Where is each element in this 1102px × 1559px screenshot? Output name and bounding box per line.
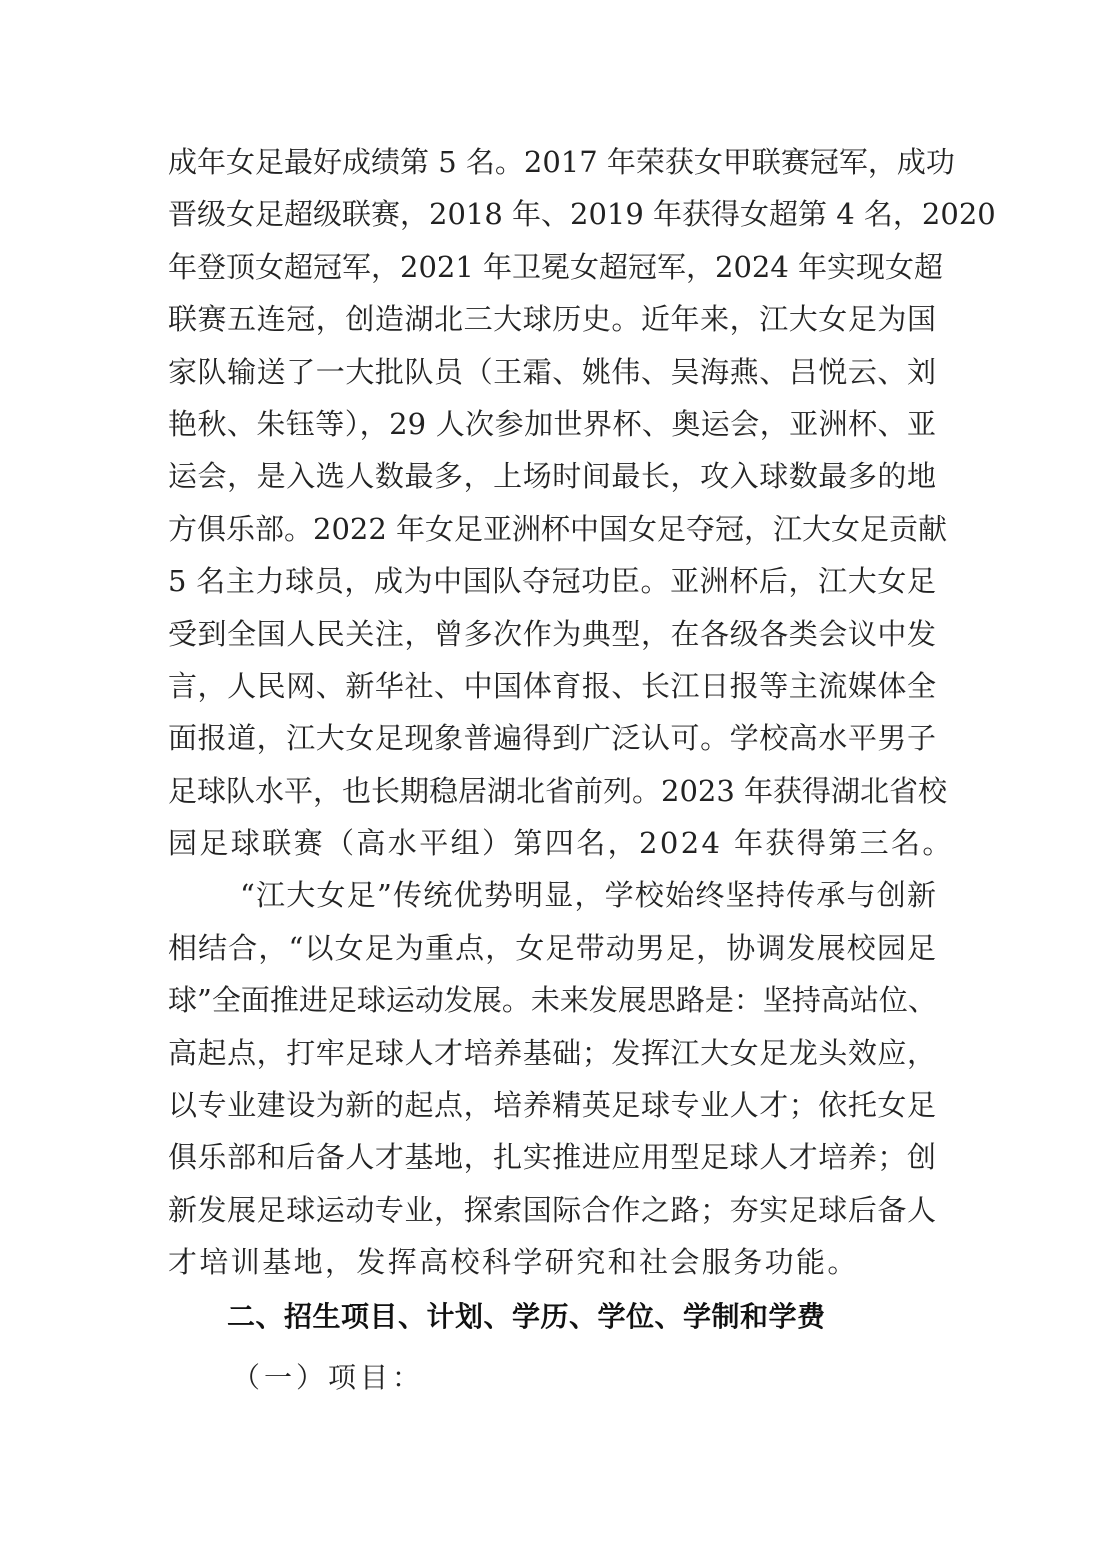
paragraph-achievements: 成年女足最好成绩第 5 名。2017 年荣获女甲联赛冠军，成功 晋级女足超级联赛… xyxy=(168,136,936,869)
text-line: 家队输送了一大批队员（王霜、姚伟、吴海燕、吕悦云、刘 xyxy=(168,346,936,398)
text-line: 言，人民网、新华社、中国体育报、长江日报等主流媒体全 xyxy=(168,660,936,712)
subsection-heading: （一）项目： xyxy=(168,1345,936,1411)
text-line: 年登顶女超冠军，2021 年卫冕女超冠军，2024 年实现女超 xyxy=(168,241,936,293)
text-line: 成年女足最好成绩第 5 名。2017 年荣获女甲联赛冠军，成功 xyxy=(168,136,936,188)
text-line: 高起点，打牢足球人才培养基础；发挥江大女足龙头效应， xyxy=(168,1027,936,1079)
text-line: 才培训基地，发挥高校科学研究和社会服务功能。 xyxy=(168,1236,936,1288)
paragraph-development-plan: “江大女足”传统优势明显，学校始终坚持传承与创新 相结合，“以女足为重点，女足带… xyxy=(168,869,936,1288)
text-line: 5 名主力球员，成为中国队夺冠功臣。亚洲杯后，江大女足 xyxy=(168,555,936,607)
text-line: 方俱乐部。2022 年女足亚洲杯中国女足夺冠，江大女足贡献 xyxy=(168,503,936,555)
text-line: 新发展足球运动专业，探索国际合作之路；夯实足球后备人 xyxy=(168,1184,936,1236)
text-line: 受到全国人民关注，曾多次作为典型，在各级各类会议中发 xyxy=(168,608,936,660)
text-line: 园足球联赛（高水平组）第四名，2024 年获得第三名。 xyxy=(168,817,936,869)
text-line: 球”全面推进足球运动发展。未来发展思路是：坚持高站位、 xyxy=(168,974,936,1026)
section-heading: 二、招生项目、计划、学历、学位、学制和学费 xyxy=(168,1289,936,1345)
text-line: “江大女足”传统优势明显，学校始终坚持传承与创新 xyxy=(168,869,936,921)
text-line: 面报道，江大女足现象普遍得到广泛认可。学校高水平男子 xyxy=(168,712,936,764)
text-line: 联赛五连冠，创造湖北三大球历史。近年来，江大女足为国 xyxy=(168,293,936,345)
text-line: 运会，是入选人数最多，上场时间最长，攻入球数最多的地 xyxy=(168,450,936,502)
text-line: 俱乐部和后备人才基地，扎实推进应用型足球人才培养；创 xyxy=(168,1131,936,1183)
text-line: 以专业建设为新的起点，培养精英足球专业人才；依托女足 xyxy=(168,1079,936,1131)
document-page: 成年女足最好成绩第 5 名。2017 年荣获女甲联赛冠军，成功 晋级女足超级联赛… xyxy=(168,136,936,1411)
text-line: 相结合，“以女足为重点，女足带动男足，协调发展校园足 xyxy=(168,922,936,974)
text-line: 晋级女足超级联赛，2018 年、2019 年获得女超第 4 名，2020 xyxy=(168,188,936,240)
text-line: 足球队水平，也长期稳居湖北省前列。2023 年获得湖北省校 xyxy=(168,765,936,817)
text-line: 艳秋、朱钰等），29 人次参加世界杯、奥运会，亚洲杯、亚 xyxy=(168,398,936,450)
